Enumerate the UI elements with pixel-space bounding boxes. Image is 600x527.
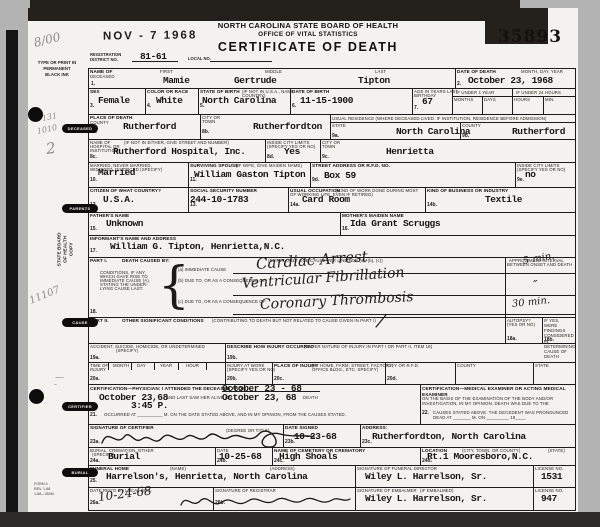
pencil-annotation: 1010 [36,123,58,136]
hospital-name-label: (IF NOT IN EITHER, GIVE STREET AND NUMBE… [124,140,229,145]
usual-residence-header-label: USUAL RESIDENCE (WHERE DECEASED LIVED. I… [332,116,547,121]
certification-physician-label: OCCURRED AT __________ M. ON THE DATE ST… [104,412,346,417]
residence-city-num: 9c. [322,154,329,160]
section-tab-deceased: DECEASED [62,124,98,133]
pencil-annotation: - [54,380,57,390]
injury-city-num: 20d. [387,376,397,382]
burial-cremation-value: Burial [108,451,140,462]
registrar-signature-num: 26b. [215,500,225,506]
date-of-birth-label: DATE OF BIRTH [292,89,329,95]
time-of-injury-label: DAY [137,363,146,368]
accident-suicide-homicide-label: (SPECIFY) [116,348,138,353]
name-of-deceased-value: Mamie [163,75,190,86]
street-address-label: STREET ADDRESS OR R.F.D. NO. [312,163,390,169]
sex-num: 3. [90,103,94,109]
name-of-deceased-value: Tipton [358,75,390,86]
certifier-address-value: Rutherfordton, North Carolina [372,431,526,442]
rule-line [222,391,320,392]
injury-state-label: STATE [535,363,549,368]
certification-medical-examiner-label: ON THE BASIS OF THE EXAMINATION OF THE B… [422,396,572,406]
rule-line [210,61,272,62]
certifier-address-num: 23c. [362,439,372,445]
place-of-injury-num: 20c. [274,376,284,382]
inside-city-limits-1-num: 8d. [267,154,274,160]
hospital-name-num: 8c. [90,154,97,160]
certifier-address-label: ADDRESS: [362,425,387,431]
part1-cause-of-death-label: LYING CAUSE LAST. [100,286,143,291]
funeral-director-signature-value: Wiley L. Harrelson, Sr. [365,471,487,482]
rule-line [108,362,109,370]
mothers-maiden-name-num: 16. [342,226,349,232]
street-address-num: 9d. [312,177,319,183]
cemetery-name-value: High Shoals [279,451,337,462]
residence-state-label: STATE [332,123,346,128]
conditions-brace: { [158,260,190,310]
certification-medical-examiner-num: 22. [422,410,429,416]
inside-city-limits-1-value: Yes [284,146,300,157]
certification-physician-label: DEATH [303,395,318,400]
accident-suicide-homicide-num: 19a. [90,355,100,361]
rule-line [505,257,506,317]
form-print-line: 1-68—350M [34,492,54,497]
if-under-1-year-label: IF UNDER 1 YEAR [456,90,495,95]
date-signed-label: DATE SIGNED [285,425,318,431]
certification-physician-value: October 23, 68 [222,392,296,403]
local-no-label: LOCAL NO. [188,56,211,61]
certification-medical-examiner-label: CAUSES STATED ABOVE. THE DECEDENT WAS PR… [433,410,573,420]
mothers-maiden-name-value: Ida Grant Scruggs [350,218,440,229]
color-or-race-value: White [156,95,183,106]
name-of-deceased-num: 1. [91,81,95,87]
pencil-annotation: 131 [41,111,58,123]
rule-line [206,362,207,370]
photo-shadow-left-strip [6,30,18,512]
type-or-print-note: TYPE OR PRINT IN PERMANENT BLACK INK [30,60,84,77]
state-of-birth-label: STATE OF BIRTH [200,89,240,95]
punch-hole [29,389,44,404]
date-signed-value: 10-23-68 [294,431,336,442]
date-of-death-num: 2. [457,81,461,87]
time-of-injury-num: 20a. [90,376,100,382]
color-or-race-num: 4. [147,103,151,109]
part2-other-conditions-label: OTHER SIGNIFICANT CONDITIONS [122,318,204,324]
part1-cause-of-death-label: PART I. [90,258,107,264]
informant-num: 17. [90,248,97,254]
date-of-birth-value: 11-15-1900 [300,95,353,106]
if-under-24-hours-label: IF UNDER 24 HOURS [516,90,561,95]
section-tab-parents: PARENTS [62,204,98,213]
signature-of-certifier-label: (DEGREE OR TITLE) [226,428,270,433]
residence-city-value: Henrietta [386,146,434,157]
type-note-line: TYPE OR PRINT IN [30,60,84,66]
inside-city-limits-2-num: 9e. [517,177,524,183]
injury-at-work-label: (SPECIFY YES OR NO) [227,367,275,372]
social-security-number-label: SOCIAL SECURITY NUMBER [190,188,257,194]
marital-status-value: Married [98,167,135,178]
rule-line [132,61,178,62]
residence-city-label: TOWN [322,144,336,149]
time-of-injury-label: MONTH [113,363,129,368]
usual-occupation-num: 14a. [290,202,300,208]
citizen-of-country-label: CITIZEN OF WHAT COUNTRY? [90,188,161,194]
age-value: 67 [422,96,433,107]
part2-other-conditions-label: (CONTRIBUTING TO DEATH BUT NOT RELATED T… [212,318,376,323]
business-or-industry-label: KIND OF BUSINESS OR INDUSTRY [427,188,508,194]
cemetery-location-value: Rt.1 Mooresboro,N.C. [427,451,533,462]
business-or-industry-value: Textile [485,194,522,205]
months-label: MONTHS [454,97,473,102]
sex-label: SEX [90,89,100,95]
burial-cremation-num: 24a. [90,458,100,464]
name-of-deceased-label: DECEASED [90,74,115,79]
date-of-death-label: DATE OF DEATH [457,69,496,75]
state-of-birth-value: North Carolina [202,95,276,106]
registration-district-label: REGISTRATION DISTRICT NO. [90,52,121,62]
death-certificate-sheet: NOV - 7 1968 NORTH CAROLINA STATE BOARD … [28,8,578,512]
injury-at-work-num: 20b. [227,376,237,382]
type-note-line: BLACK INK [30,72,84,78]
rule-line [233,314,575,315]
injury-city-label: CITY OR R.F.D. [387,363,419,368]
section-tab-certifier: CERTIFIER [62,402,98,411]
state-board-copy-note: STATE BOARD OF HEALTH COPY [58,218,77,280]
pencil-annotation: 8/00 [32,30,62,50]
registrar-signature-label: SIGNATURE OF REGISTRAR [215,488,276,493]
age-num: 7. [414,105,418,111]
autopsy-label: (YES OR NO) [507,322,535,327]
cemetery-location-label: (STATE) [548,448,565,453]
usual-occupation-value: Card Room [302,194,350,205]
certification-physician-num: 21. [90,412,97,418]
marital-status-num: 10. [90,177,97,183]
pencil-annotation: 11107 [28,284,62,306]
color-or-race-label: COLOR OR RACE [147,89,188,95]
place-of-death-city-label: TOWN [202,119,216,124]
part1-cause-of-death-num: 18. [90,309,97,315]
min-label: MIN. [545,97,555,102]
signature-of-certifier-label: SIGNATURE OF CERTIFIER [90,425,154,431]
name-of-deceased-label: LAST [375,69,386,74]
surviving-spouse-label: (IF WIFE, GIVE MAIDEN NAME) [236,163,302,168]
describe-how-injury-occurred-label: DESCRIBE HOW INJURY OCCURRED [227,344,314,350]
funeral-home-value: Harrelson's, Henrietta, North Carolina [106,471,307,482]
section-tab-burial: BURIAL [62,468,98,477]
form-header: NORTH CAROLINA STATE BOARD OF HEALTH OFF… [178,21,438,54]
film-band-top [28,8,548,21]
business-or-industry-num: 14b. [427,202,437,208]
funeral-director-license-value: 1531 [541,471,562,482]
surviving-spouse-value: William Gaston Tipton [194,169,305,180]
describe-how-injury-occurred-label: (ENTER NATURE OF INJURY IN PART I OR PAR… [304,344,432,349]
place-of-death-city-num: 8b. [202,129,209,135]
time-of-injury-label: INJURY [90,367,106,372]
certification-physician-value: 3:45 P. [131,400,168,411]
rule-line [154,362,155,370]
rule-line [178,362,179,370]
photo-shadow-bottom [0,512,600,527]
burial-date-value: 10-25-68 [219,451,261,462]
date-of-death-label: MONTH, DAY, YEAR [521,69,563,74]
name-of-deceased-label: MIDDLE [265,69,282,74]
embalmer-signature-value: Wiley L. Harrelson, Sr. [365,493,487,504]
accident-suicide-homicide-label: ACCIDENT, SUICIDE, HOMICIDE, OR UNDETERM… [90,344,205,349]
street-address-value: Box 59 [324,170,356,181]
injury-county-label: COUNTY [457,363,476,368]
date-of-death-value: October 23, 1968 [468,75,553,86]
informant-value: William G. Tipton, Henrietta,N.C. [110,241,285,252]
copy-note-line: COPY [70,218,76,280]
sex-value: Female [98,95,130,106]
hours-label: HOURS [514,97,530,102]
signature-of-certifier-num: 23a. [90,439,100,445]
name-of-deceased-label: FIRST [160,69,173,74]
certificate-number: 35893 [490,27,570,47]
time-of-injury-label: YEAR [160,363,172,368]
pencil-annotation: 2 [45,139,57,158]
fathers-name-value: Unknown [106,218,143,229]
days-label: DAYS [484,97,496,102]
surviving-spouse-label: SURVIVING SPOUSE [190,163,238,169]
certificate-title: CERTIFICATE OF DEATH [178,40,438,54]
part1-cause-of-death-label: (c) DUE TO, OR AS A CONSEQUENCE OF: [178,299,267,304]
registration-label-line2: DISTRICT NO. [90,57,121,62]
residence-county-label: COUNTY [462,123,481,128]
describe-how-injury-occurred-num: 19b. [227,355,237,361]
hospital-name-value: Rutherford Hospital, Inc. [113,146,246,157]
office-subtitle: OFFICE OF VITAL STATISTICS [178,31,438,38]
place-of-death-city-value: Rutherfordton [253,121,322,132]
residence-county-value: Rutherford [512,126,565,137]
board-title: NORTH CAROLINA STATE BOARD OF HEALTH [178,21,438,30]
citizen-of-country-value: U.S.A. [103,194,135,205]
place-of-death-county-value: Rutherford [123,121,176,132]
residence-city [320,139,576,163]
rule-line [131,362,132,370]
funeral-home-num: 25. [90,478,97,484]
social-security-number-value: 244-10-1783 [190,194,248,205]
fathers-name-num: 15. [90,226,97,232]
time-of-injury-label: HOUR [186,363,199,368]
date-of-birth-num: 6. [292,103,296,109]
autopsy-num: 18a. [507,336,517,342]
embalmer-license-value: 947 [541,493,557,504]
inside-city-limits-2-value: no [525,169,536,180]
section-tab-cause: CAUSE [62,318,98,327]
place-of-injury-label: OFFICE BLDG., ETC. SPECIFY) [312,367,378,372]
interval-b-value: ″ [533,278,537,292]
form-print-number: FORM 4 REV. 1-68 1-68—350M [34,482,54,497]
name-of-deceased-value: Gertrude [234,75,276,86]
